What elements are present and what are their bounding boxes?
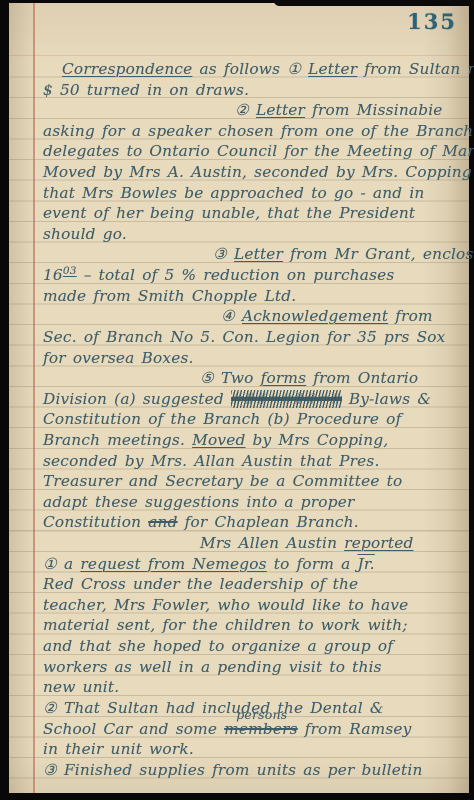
handwritten-line: teacher, Mrs Fowler, who would like to h… — [43, 595, 467, 616]
text-segment: and that she hoped to organize a group o… — [43, 637, 393, 655]
text-segment: ④ — [221, 307, 242, 325]
handwritten-line: in their unit work. — [43, 739, 467, 760]
text-segment: Correspondence — [62, 60, 192, 78]
ledger-paper: 135 Correspondence as follows ① Letter f… — [9, 3, 469, 793]
handwritten-line: Division (a) suggested ######### By-laws… — [43, 389, 467, 410]
handwritten-line: Constitution of the Branch (b) Procedure… — [43, 409, 467, 430]
handwritten-line: adapt these suggestions into a proper — [43, 492, 467, 513]
handwritten-line: delegates to Ontario Council for the Mee… — [43, 141, 467, 162]
text-segment: Constitution of the Branch (b) Procedure… — [43, 410, 401, 428]
handwritten-line: made from Smith Chopple Ltd. — [43, 286, 467, 307]
text-segment: ① a — [43, 555, 80, 573]
handwritten-line: Red Cross under the leadership of the — [43, 574, 467, 595]
handwritten-line: Correspondence as follows ① Letter from … — [43, 59, 467, 80]
text-segment: ② That Sultan had included the Dental & — [43, 699, 384, 717]
text-segment: ③ Finished supplies from units as per bu… — [43, 761, 423, 779]
text-segment: memberspersons — [224, 720, 297, 738]
text-segment: Acknowledgement — [242, 307, 388, 325]
handwritten-line: that Mrs Bowles be approached to go - an… — [43, 183, 467, 204]
top-margin-rule — [9, 55, 469, 56]
text-segment: Letter — [308, 60, 357, 78]
text-segment: Moved — [192, 431, 245, 449]
text-segment: new unit. — [43, 678, 119, 696]
text-segment: delegates to Ontario Council for the Mee… — [43, 142, 474, 160]
handwritten-line: School Car and some memberspersons from … — [43, 719, 467, 740]
handwritten-line: material sent, for the children to work … — [43, 615, 467, 636]
text-segment: material sent, for the children to work … — [43, 616, 408, 634]
handwriting-lines: Correspondence as follows ① Letter from … — [43, 59, 467, 780]
red-margin-line — [33, 3, 35, 793]
text-segment: Letter — [256, 101, 305, 119]
page-number: 135 — [407, 9, 457, 34]
handwritten-line: and that she hoped to organize a group o… — [43, 636, 467, 657]
handwritten-line: Mrs Allen Austin reported — [43, 533, 467, 554]
handwritten-line: ③ Finished supplies from units as per bu… — [43, 760, 467, 781]
text-segment: from Ramsey — [298, 720, 412, 738]
text-segment: as follows ① — [192, 60, 308, 78]
handwritten-line: ① a request from Nemegos to form a Jr. — [43, 554, 467, 575]
text-segment: 16 — [43, 266, 63, 284]
handwritten-line: asking for a speaker chosen from one of … — [43, 121, 467, 142]
handwritten-line: $ 50 turned in on draws. — [43, 80, 467, 101]
handwritten-line: new unit. — [43, 677, 467, 698]
inserted-word-above: persons — [236, 709, 287, 722]
text-segment: to form a — [267, 555, 358, 573]
handwritten-line: ③ Letter from Mr Grant, enclosing — [43, 244, 467, 265]
text-segment: asking for a speaker chosen from one of … — [43, 122, 473, 140]
handwritten-line: for oversea Boxes. — [43, 348, 467, 369]
text-segment: School Car and some — [43, 720, 224, 738]
text-segment: that Mrs Bowles be approached to go - an… — [43, 184, 424, 202]
handwritten-line: ④ Acknowledgement from — [43, 306, 467, 327]
text-segment: Red Cross under the leadership of the — [43, 575, 358, 593]
handwritten-line: seconded by Mrs. Allan Austin that Pres. — [43, 451, 467, 472]
text-segment: adapt these suggestions into a proper — [43, 493, 354, 511]
scan-border-top-right — [274, 0, 474, 6]
text-segment: Jr. — [358, 555, 375, 573]
text-segment: Branch meetings. — [43, 431, 192, 449]
text-segment: in their unit work. — [43, 740, 194, 758]
text-segment: from Ontario — [306, 369, 418, 387]
text-segment: workers as well in a pending visit to th… — [43, 658, 382, 676]
handwritten-line: workers as well in a pending visit to th… — [43, 657, 467, 678]
handwritten-line: Constitution and for Chaplean Branch. — [43, 512, 467, 533]
text-segment: By-laws & — [342, 390, 431, 408]
handwritten-line: event of her being unable, that the Pres… — [43, 203, 467, 224]
text-segment: ⑤ Two — [200, 369, 261, 387]
text-segment: ③ — [213, 245, 234, 263]
text-segment: forms — [261, 369, 307, 387]
text-segment: Sec. of Branch No 5. Con. Legion for 35 … — [43, 328, 446, 346]
text-segment: and — [148, 513, 177, 531]
text-segment: Division (a) suggested — [43, 390, 231, 408]
scanned-page: 135 Correspondence as follows ① Letter f… — [0, 0, 474, 800]
text-segment: Constitution — [43, 513, 148, 531]
text-segment: from Sultan re — [357, 60, 474, 78]
scribbled-out-word: ######### — [231, 390, 342, 408]
handwritten-line: should go. — [43, 224, 467, 245]
text-segment: ② — [235, 101, 256, 119]
text-segment: reported — [344, 534, 413, 552]
text-segment: 03 — [63, 265, 77, 277]
handwritten-line: 1603 – total of 5 % reduction on purchas… — [43, 265, 467, 286]
handwritten-line: Branch meetings. Moved by Mrs Copping, — [43, 430, 467, 451]
text-segment: event of her being unable, that the Pres… — [43, 204, 415, 222]
text-segment: request from Nemegos — [80, 555, 266, 573]
text-segment: by Mrs Copping, — [245, 431, 388, 449]
text-segment: from Mr Grant, enclosing — [283, 245, 474, 263]
text-segment: teacher, Mrs Fowler, who would like to h… — [43, 596, 408, 614]
text-segment: Treasurer and Secretary be a Committee t… — [43, 472, 402, 490]
handwritten-line: ② Letter from Missinabie — [43, 100, 467, 121]
handwritten-line: Treasurer and Secretary be a Committee t… — [43, 471, 467, 492]
text-segment: – total of 5 % reduction on purchases — [77, 266, 395, 284]
text-segment: for oversea Boxes. — [43, 349, 194, 367]
text-segment: seconded by Mrs. Allan Austin that Pres. — [43, 452, 380, 470]
handwritten-line: Moved by Mrs A. Austin, seconded by Mrs.… — [43, 162, 467, 183]
handwritten-line: Sec. of Branch No 5. Con. Legion for 35 … — [43, 327, 467, 348]
text-segment: Letter — [234, 245, 283, 263]
text-segment: should go. — [43, 225, 127, 243]
text-segment: from — [388, 307, 433, 325]
text-segment: Moved by Mrs A. Austin, seconded by Mrs.… — [43, 163, 472, 181]
text-segment: from Missinabie — [305, 101, 442, 119]
text-segment: $ 50 turned in on draws. — [43, 81, 249, 99]
text-segment: made from Smith Chopple Ltd. — [43, 287, 296, 305]
handwritten-line: ⑤ Two forms from Ontario — [43, 368, 467, 389]
text-segment: Mrs Allen Austin — [200, 534, 344, 552]
text-segment: for Chaplean Branch. — [178, 513, 359, 531]
